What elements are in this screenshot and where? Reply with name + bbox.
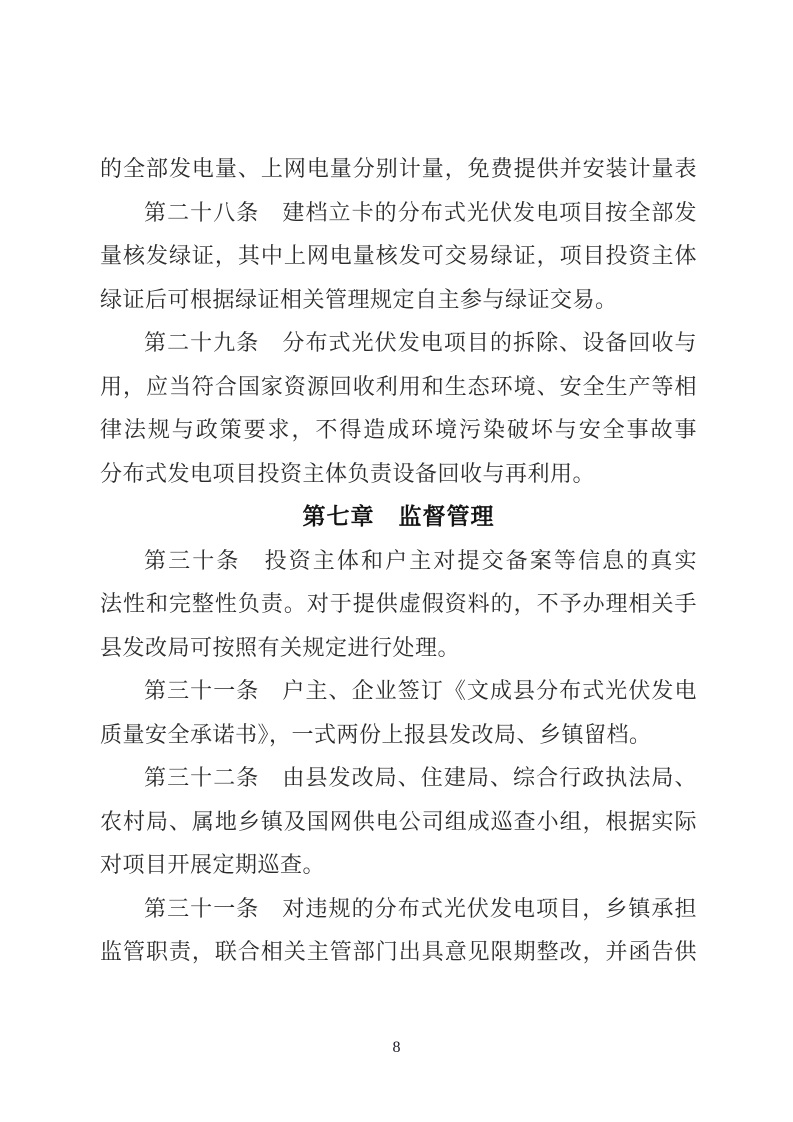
text-line: 量核发绿证，其中上网电量核发可交易绿证，项目投资主体持有 [100, 234, 697, 278]
text-line: 绿证后可根据绿证相关管理规定自主参与绿证交易。 [100, 278, 697, 322]
document-body: 的全部发电量、上网电量分别计量，免费提供并安装计量表计。第二十八条 建档立卡的分… [100, 147, 697, 974]
text-line: 用，应当符合国家资源回收利用和生态环境、安全生产等相关法 [100, 365, 697, 409]
text-line: 分布式发电项目投资主体负责设备回收与再利用。 [100, 452, 697, 496]
text-line: 对项目开展定期巡查。 [100, 843, 697, 887]
text-line: 第三十一条 户主、企业签订《文成县分布式光伏发电项目 [100, 669, 697, 713]
document-page: 的全部发电量、上网电量分别计量，免费提供并安装计量表计。第二十八条 建档立卡的分… [0, 0, 793, 1122]
text-line: 监管职责，联合相关主管部门出具意见限期整改，并函告供电公 [100, 930, 697, 974]
text-line: 质量安全承诺书》，一式两份上报县发改局、乡镇留档。 [100, 713, 697, 757]
text-line: 的全部发电量、上网电量分别计量，免费提供并安装计量表计。 [100, 147, 697, 191]
page-footer: 8 [0, 1036, 793, 1060]
text-line: 第三十条 投资主体和户主对提交备案等信息的真实性、合 [100, 539, 697, 583]
text-line: 第二十九条 分布式光伏发电项目的拆除、设备回收与再利 [100, 321, 697, 365]
text-line: 律法规与政策要求，不得造成环境污染破坏与安全事故事件，由 [100, 408, 697, 452]
text-line: 县发改局可按照有关规定进行处理。 [100, 626, 697, 670]
text-line: 第三十二条 由县发改局、住建局、综合行政执法局、农业 [100, 756, 697, 800]
text-line: 第二十八条 建档立卡的分布式光伏发电项目按全部发电 [100, 191, 697, 235]
text-line: 农村局、属地乡镇及国网供电公司组成巡查小组，根据实际情况 [100, 800, 697, 844]
page-number: 8 [393, 1039, 401, 1056]
text-line: 第三十一条 对违规的分布式光伏发电项目，乡镇承担属地 [100, 887, 697, 931]
chapter-heading: 第七章 监督管理 [100, 495, 697, 539]
text-line: 法性和完整性负责。对于提供虚假资料的，不予办理相关手续， [100, 582, 697, 626]
